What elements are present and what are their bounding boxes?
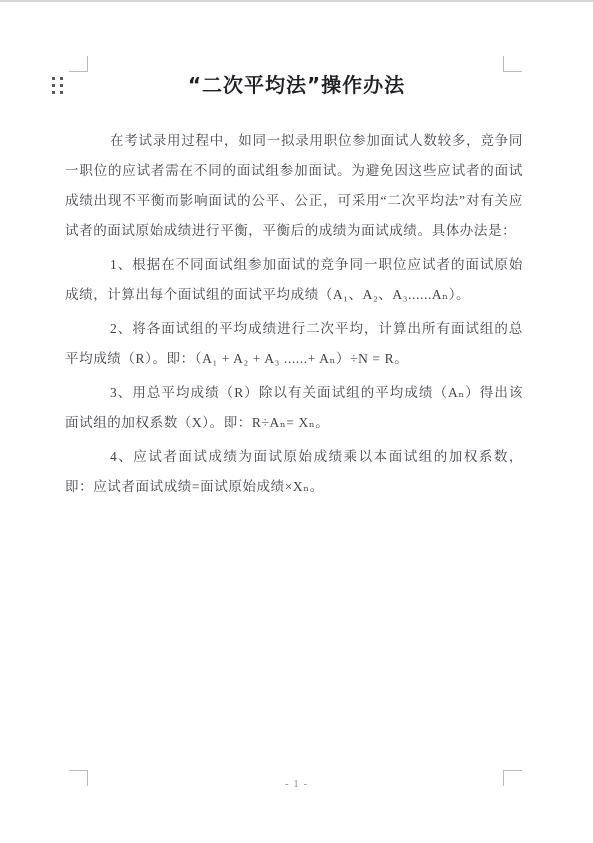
page-number: - 1 - — [0, 778, 593, 790]
crop-mark-top-left — [69, 56, 88, 72]
document-body: 在考试录用过程中，如同一拟录用职位参加面试人数较多，竞争同一职位的应试者需在不同… — [65, 126, 523, 506]
paragraph-step-1: 1、根据在不同面试组参加面试的竞争同一职位应试者的面试原始成绩，计算出每个面试组… — [65, 250, 523, 310]
page-top-edge — [0, 0, 593, 2]
crop-mark-top-right — [503, 56, 522, 72]
document-page: “二次平均法”操作办法 在考试录用过程中，如同一拟录用职位参加面试人数较多，竞争… — [0, 0, 593, 843]
paragraph-intro: 在考试录用过程中，如同一拟录用职位参加面试人数较多，竞争同一职位的应试者需在不同… — [65, 126, 523, 246]
document-title: “二次平均法”操作办法 — [0, 71, 593, 99]
paragraph-step-3: 3、用总平均成绩（R）除以有关面试组的平均成绩（Aₙ）得出该面试组的加权系数（X… — [65, 378, 523, 438]
paragraph-step-4: 4、应试者面试成绩为面试原始成绩乘以本面试组的加权系数，即：应试者面试成绩=面试… — [65, 442, 523, 502]
paragraph-step-2: 2、将各面试组的平均成绩进行二次平均，计算出所有面试组的总平均成绩（R）。即：（… — [65, 314, 523, 374]
